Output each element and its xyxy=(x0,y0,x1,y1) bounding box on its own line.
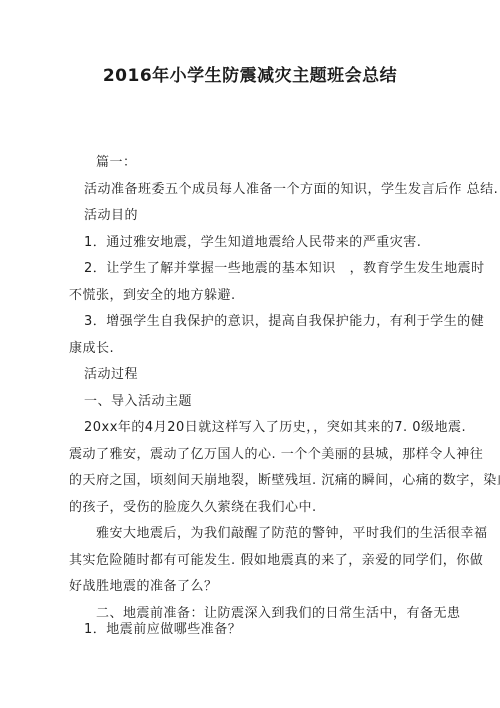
text-line: 活动过程 xyxy=(69,362,450,389)
document-body: 篇一：活动准备班委五个成员每人准备一个方面的知识，学生发言后作 总结.活动目的1… xyxy=(69,150,450,644)
text-line: 3．增强学生自我保护的意识，提高自我保护能力，有利于学生的健 xyxy=(69,309,450,336)
document-title: 2016年小学生防震减灾主题班会总结 xyxy=(0,61,500,86)
text-line: 2．让学生了解并掌握一些地震的基本知识 ，教育学生发生地震时 xyxy=(69,256,450,283)
text-line: 篇一： xyxy=(69,150,450,177)
text-line: 的孩子，受伤的脸庞久久萦绕在我们心中. xyxy=(69,495,450,522)
text-line: 震动了雅安，震动了亿万国人的心. 一个个美丽的县城，那样令人神往 xyxy=(69,442,450,469)
text-line: 的天府之国，顷刻间天崩地裂，断壁残垣. 沉痛的瞬间，心痛的数字，染血 xyxy=(69,468,450,495)
text-line: 一、导入活动主题 xyxy=(69,389,450,416)
text-line: 活动目的 xyxy=(69,203,450,230)
text-line: 其实危险随时都有可能发生. 假如地震真的来了，亲爱的同学们，你做 xyxy=(69,548,450,575)
text-line: 活动准备班委五个成员每人准备一个方面的知识，学生发言后作 总结. xyxy=(69,177,450,204)
text-line: 好战胜地震的准备了么？ xyxy=(69,574,450,601)
text-line: 康成长. xyxy=(69,336,450,363)
text-line: 不慌张，到安全的地方躲避. xyxy=(69,283,450,310)
document-page: 2016年小学生防震减灾主题班会总结 篇一：活动准备班委五个成员每人准备一个方面… xyxy=(0,0,500,708)
text-line: 雅安大地震后，为我们敲醒了防范的警钟，平时我们的生活很幸福 xyxy=(69,521,450,548)
text-line: 1．通过雅安地震，学生知道地震给人民带来的严重灾害. xyxy=(69,230,450,257)
text-line: 20xx年的4月20日就这样写入了历史，，突如其来的7. 0级地震. xyxy=(69,415,450,442)
